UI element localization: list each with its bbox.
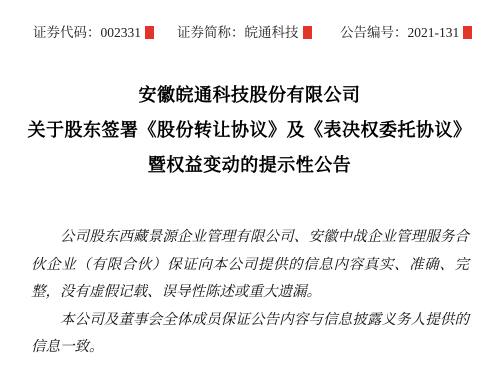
notice-number-text: 公告编号：2021-131 — [340, 25, 459, 40]
notice-number-red-mark-icon — [463, 26, 472, 39]
stock-code-red-mark-icon — [145, 26, 154, 39]
announcement-document: 证券代码：002331 证券简称：皖通科技 公告编号：2021-131 安徽皖通… — [0, 0, 499, 379]
agreement-title-line: 关于股东签署《股份转让协议》及《表决权委托协议》 — [0, 113, 499, 148]
equity-change-title-line: 暨权益变动的提示性公告 — [0, 148, 499, 183]
shareholder-guarantee-paragraph: 公司股东西藏景源企业管理有限公司、安徽中战企业管理服务合伙企业（有限合伙）保证向… — [31, 224, 469, 307]
notice-number: 公告编号：2021-131 — [340, 25, 472, 41]
board-guarantee-paragraph: 本公司及董事会全体成员保证公告内容与信息披露义务人提供的信息一致。 — [31, 307, 469, 362]
company-name-title-line: 安徽皖通科技股份有限公司 — [0, 78, 499, 113]
securities-info-bar: 证券代码：002331 证券简称：皖通科技 公告编号：2021-131 — [0, 25, 499, 43]
announcement-body: 公司股东西藏景源企业管理有限公司、安徽中战企业管理服务合伙企业（有限合伙）保证向… — [31, 224, 469, 362]
stock-name: 证券简称：皖通科技 — [177, 25, 312, 41]
announcement-title: 安徽皖通科技股份有限公司 关于股东签署《股份转让协议》及《表决权委托协议》 暨权… — [0, 78, 499, 183]
stock-code: 证券代码：002331 — [33, 25, 154, 41]
stock-code-text: 证券代码：002331 — [33, 25, 141, 40]
stock-name-text: 证券简称：皖通科技 — [177, 25, 299, 40]
stock-name-red-mark-icon — [303, 26, 312, 39]
